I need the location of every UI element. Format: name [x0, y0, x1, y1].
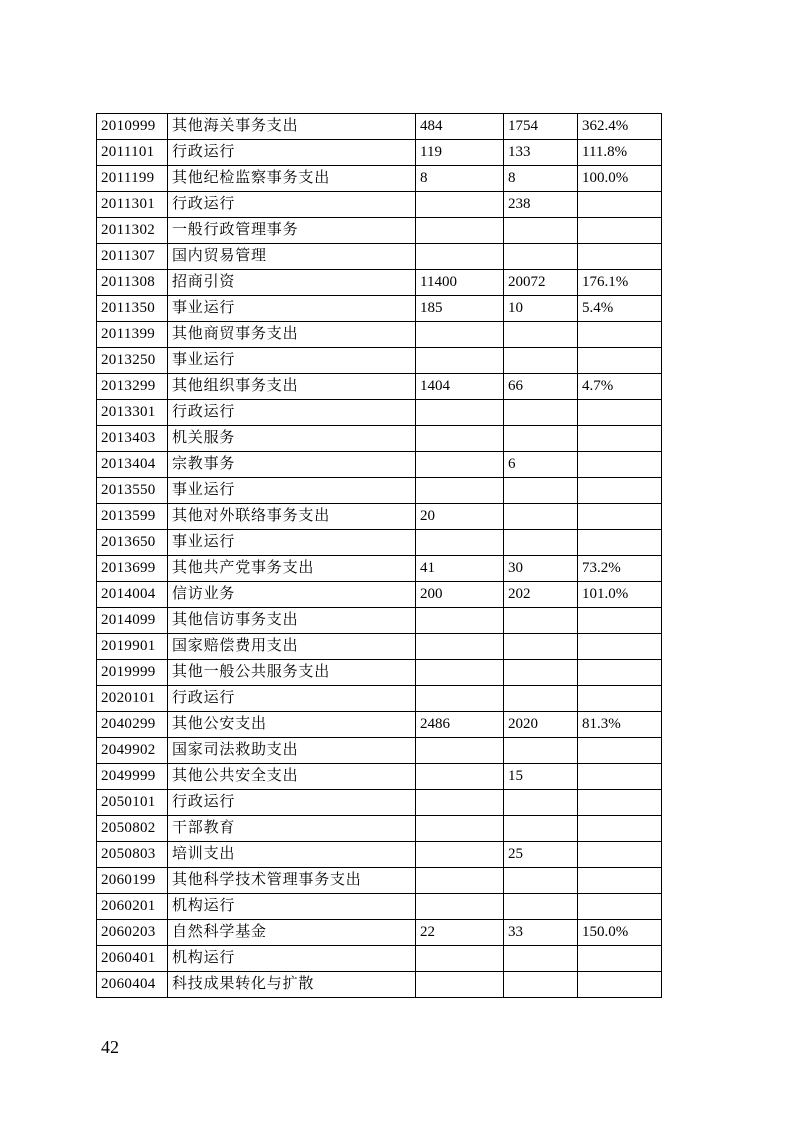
value2-cell	[504, 868, 578, 894]
item-name-cell: 机构运行	[168, 946, 416, 972]
value2-cell: 2020	[504, 712, 578, 738]
item-name-cell: 培训支出	[168, 842, 416, 868]
item-name-cell: 行政运行	[168, 790, 416, 816]
code-cell: 2013403	[97, 426, 168, 452]
value2-cell	[504, 478, 578, 504]
percent-cell	[578, 426, 662, 452]
item-name-cell: 其他海关事务支出	[168, 114, 416, 140]
value1-cell	[416, 634, 504, 660]
percent-cell: 100.0%	[578, 166, 662, 192]
percent-cell	[578, 244, 662, 270]
value2-cell: 20072	[504, 270, 578, 296]
value1-cell: 200	[416, 582, 504, 608]
code-cell: 2011199	[97, 166, 168, 192]
percent-cell	[578, 192, 662, 218]
percent-cell	[578, 400, 662, 426]
table-row: 2049999其他公共安全支出15	[97, 764, 662, 790]
table-row: 2011307国内贸易管理	[97, 244, 662, 270]
value2-cell	[504, 816, 578, 842]
value1-cell	[416, 218, 504, 244]
value1-cell: 41	[416, 556, 504, 582]
value2-cell	[504, 400, 578, 426]
code-cell: 2013699	[97, 556, 168, 582]
table-row: 2013699其他共产党事务支出413073.2%	[97, 556, 662, 582]
value2-cell: 30	[504, 556, 578, 582]
table-row: 2040299其他公安支出2486202081.3%	[97, 712, 662, 738]
percent-cell	[578, 322, 662, 348]
value1-cell: 2486	[416, 712, 504, 738]
code-cell: 2050802	[97, 816, 168, 842]
code-cell: 2049999	[97, 764, 168, 790]
item-name-cell: 其他商贸事务支出	[168, 322, 416, 348]
item-name-cell: 其他公共安全支出	[168, 764, 416, 790]
value1-cell	[416, 348, 504, 374]
table-row: 2011199其他纪检监察事务支出88100.0%	[97, 166, 662, 192]
value1-cell: 119	[416, 140, 504, 166]
table-row: 2011350事业运行185105.4%	[97, 296, 662, 322]
code-cell: 2011101	[97, 140, 168, 166]
percent-cell: 362.4%	[578, 114, 662, 140]
table-row: 2013599其他对外联络事务支出20	[97, 504, 662, 530]
value2-cell	[504, 218, 578, 244]
value2-cell	[504, 790, 578, 816]
value1-cell	[416, 322, 504, 348]
code-cell: 2060401	[97, 946, 168, 972]
value1-cell	[416, 946, 504, 972]
item-name-cell: 行政运行	[168, 192, 416, 218]
value2-cell	[504, 894, 578, 920]
page-number: 42	[101, 1036, 119, 1058]
code-cell: 2013650	[97, 530, 168, 556]
percent-cell: 4.7%	[578, 374, 662, 400]
value2-cell: 8	[504, 166, 578, 192]
item-name-cell: 其他信访事务支出	[168, 608, 416, 634]
code-cell: 2011301	[97, 192, 168, 218]
percent-cell	[578, 868, 662, 894]
code-cell: 2010999	[97, 114, 168, 140]
value2-cell	[504, 348, 578, 374]
percent-cell	[578, 452, 662, 478]
percent-cell	[578, 478, 662, 504]
item-name-cell: 机构运行	[168, 894, 416, 920]
code-cell: 2060201	[97, 894, 168, 920]
code-cell: 2014004	[97, 582, 168, 608]
code-cell: 2060404	[97, 972, 168, 998]
code-cell: 2050101	[97, 790, 168, 816]
value2-cell	[504, 244, 578, 270]
table-row: 2019901国家赔偿费用支出	[97, 634, 662, 660]
percent-cell	[578, 946, 662, 972]
value1-cell: 1404	[416, 374, 504, 400]
code-cell: 2020101	[97, 686, 168, 712]
item-name-cell: 行政运行	[168, 140, 416, 166]
value1-cell	[416, 816, 504, 842]
value1-cell	[416, 738, 504, 764]
percent-cell	[578, 634, 662, 660]
code-cell: 2011399	[97, 322, 168, 348]
percent-cell	[578, 218, 662, 244]
item-name-cell: 国内贸易管理	[168, 244, 416, 270]
percent-cell: 150.0%	[578, 920, 662, 946]
value1-cell	[416, 478, 504, 504]
percent-cell	[578, 530, 662, 556]
item-name-cell: 事业运行	[168, 478, 416, 504]
item-name-cell: 其他公安支出	[168, 712, 416, 738]
item-name-cell: 行政运行	[168, 686, 416, 712]
value2-cell: 1754	[504, 114, 578, 140]
code-cell: 2011307	[97, 244, 168, 270]
value2-cell: 15	[504, 764, 578, 790]
value1-cell	[416, 452, 504, 478]
item-name-cell: 一般行政管理事务	[168, 218, 416, 244]
percent-cell	[578, 972, 662, 998]
value1-cell: 185	[416, 296, 504, 322]
table-row: 2011302一般行政管理事务	[97, 218, 662, 244]
code-cell: 2013404	[97, 452, 168, 478]
item-name-cell: 事业运行	[168, 530, 416, 556]
value2-cell: 238	[504, 192, 578, 218]
value2-cell	[504, 972, 578, 998]
table-row: 2011399其他商贸事务支出	[97, 322, 662, 348]
percent-cell	[578, 790, 662, 816]
percent-cell: 111.8%	[578, 140, 662, 166]
table-row: 2013403机关服务	[97, 426, 662, 452]
code-cell: 2014099	[97, 608, 168, 634]
value1-cell	[416, 764, 504, 790]
table-row: 2013650事业运行	[97, 530, 662, 556]
item-name-cell: 招商引资	[168, 270, 416, 296]
table-row: 2060401机构运行	[97, 946, 662, 972]
item-name-cell: 自然科学基金	[168, 920, 416, 946]
value2-cell	[504, 946, 578, 972]
value1-cell: 484	[416, 114, 504, 140]
code-cell: 2013599	[97, 504, 168, 530]
percent-cell: 101.0%	[578, 582, 662, 608]
item-name-cell: 其他科学技术管理事务支出	[168, 868, 416, 894]
item-name-cell: 机关服务	[168, 426, 416, 452]
table-row: 2060201机构运行	[97, 894, 662, 920]
value1-cell	[416, 400, 504, 426]
value2-cell	[504, 634, 578, 660]
item-name-cell: 其他一般公共服务支出	[168, 660, 416, 686]
item-name-cell: 其他组织事务支出	[168, 374, 416, 400]
code-cell: 2013250	[97, 348, 168, 374]
code-cell: 2019999	[97, 660, 168, 686]
table-row: 2014099其他信访事务支出	[97, 608, 662, 634]
value2-cell: 202	[504, 582, 578, 608]
value1-cell	[416, 894, 504, 920]
table-row: 2011301行政运行238	[97, 192, 662, 218]
value1-cell	[416, 530, 504, 556]
table-row: 2050803培训支出25	[97, 842, 662, 868]
value2-cell	[504, 738, 578, 764]
table-row: 2060404科技成果转化与扩散	[97, 972, 662, 998]
percent-cell	[578, 816, 662, 842]
item-name-cell: 科技成果转化与扩散	[168, 972, 416, 998]
table-row: 2011308招商引资1140020072176.1%	[97, 270, 662, 296]
code-cell: 2050803	[97, 842, 168, 868]
table-row: 2013404宗教事务6	[97, 452, 662, 478]
item-name-cell: 宗教事务	[168, 452, 416, 478]
table-row: 2050802干部教育	[97, 816, 662, 842]
table-row: 2060203自然科学基金2233150.0%	[97, 920, 662, 946]
budget-table-body: 2010999其他海关事务支出4841754362.4%2011101行政运行1…	[97, 114, 662, 998]
table-row: 2049902国家司法救助支出	[97, 738, 662, 764]
value1-cell	[416, 842, 504, 868]
value2-cell: 25	[504, 842, 578, 868]
value1-cell	[416, 608, 504, 634]
code-cell: 2011308	[97, 270, 168, 296]
code-cell: 2013301	[97, 400, 168, 426]
code-cell: 2011302	[97, 218, 168, 244]
code-cell: 2013299	[97, 374, 168, 400]
code-cell: 2013550	[97, 478, 168, 504]
item-name-cell: 行政运行	[168, 400, 416, 426]
item-name-cell: 事业运行	[168, 296, 416, 322]
percent-cell	[578, 504, 662, 530]
value1-cell: 11400	[416, 270, 504, 296]
value2-cell	[504, 530, 578, 556]
value2-cell	[504, 660, 578, 686]
value1-cell	[416, 868, 504, 894]
value1-cell: 20	[416, 504, 504, 530]
value2-cell	[504, 686, 578, 712]
code-cell: 2060203	[97, 920, 168, 946]
percent-cell	[578, 608, 662, 634]
item-name-cell: 事业运行	[168, 348, 416, 374]
value1-cell	[416, 790, 504, 816]
table-row: 2013250事业运行	[97, 348, 662, 374]
percent-cell	[578, 738, 662, 764]
table-row: 2013550事业运行	[97, 478, 662, 504]
code-cell: 2049902	[97, 738, 168, 764]
code-cell: 2040299	[97, 712, 168, 738]
percent-cell	[578, 764, 662, 790]
value1-cell	[416, 972, 504, 998]
value1-cell	[416, 660, 504, 686]
item-name-cell: 干部教育	[168, 816, 416, 842]
item-name-cell: 信访业务	[168, 582, 416, 608]
table-row: 2011101行政运行119133111.8%	[97, 140, 662, 166]
percent-cell	[578, 660, 662, 686]
percent-cell	[578, 894, 662, 920]
table-row: 2060199其他科学技术管理事务支出	[97, 868, 662, 894]
item-name-cell: 国家司法救助支出	[168, 738, 416, 764]
item-name-cell: 其他纪检监察事务支出	[168, 166, 416, 192]
table-row: 2013301行政运行	[97, 400, 662, 426]
value1-cell	[416, 192, 504, 218]
value1-cell: 22	[416, 920, 504, 946]
value2-cell	[504, 504, 578, 530]
percent-cell: 5.4%	[578, 296, 662, 322]
table-row: 2013299其他组织事务支出1404664.7%	[97, 374, 662, 400]
item-name-cell: 其他对外联络事务支出	[168, 504, 416, 530]
budget-expenditure-table: 2010999其他海关事务支出4841754362.4%2011101行政运行1…	[96, 113, 662, 998]
percent-cell: 81.3%	[578, 712, 662, 738]
value1-cell	[416, 244, 504, 270]
value2-cell: 133	[504, 140, 578, 166]
item-name-cell: 国家赔偿费用支出	[168, 634, 416, 660]
value2-cell: 6	[504, 452, 578, 478]
percent-cell	[578, 686, 662, 712]
value2-cell	[504, 426, 578, 452]
percent-cell: 73.2%	[578, 556, 662, 582]
table-row: 2010999其他海关事务支出4841754362.4%	[97, 114, 662, 140]
item-name-cell: 其他共产党事务支出	[168, 556, 416, 582]
value1-cell	[416, 686, 504, 712]
value2-cell: 10	[504, 296, 578, 322]
value2-cell: 33	[504, 920, 578, 946]
table-row: 2014004信访业务200202101.0%	[97, 582, 662, 608]
code-cell: 2060199	[97, 868, 168, 894]
table-row: 2050101行政运行	[97, 790, 662, 816]
value1-cell: 8	[416, 166, 504, 192]
value2-cell: 66	[504, 374, 578, 400]
value2-cell	[504, 322, 578, 348]
value2-cell	[504, 608, 578, 634]
code-cell: 2011350	[97, 296, 168, 322]
percent-cell	[578, 348, 662, 374]
percent-cell	[578, 842, 662, 868]
code-cell: 2019901	[97, 634, 168, 660]
document-page: 2010999其他海关事务支出4841754362.4%2011101行政运行1…	[0, 0, 793, 1122]
table-row: 2020101行政运行	[97, 686, 662, 712]
value1-cell	[416, 426, 504, 452]
table-row: 2019999其他一般公共服务支出	[97, 660, 662, 686]
percent-cell: 176.1%	[578, 270, 662, 296]
